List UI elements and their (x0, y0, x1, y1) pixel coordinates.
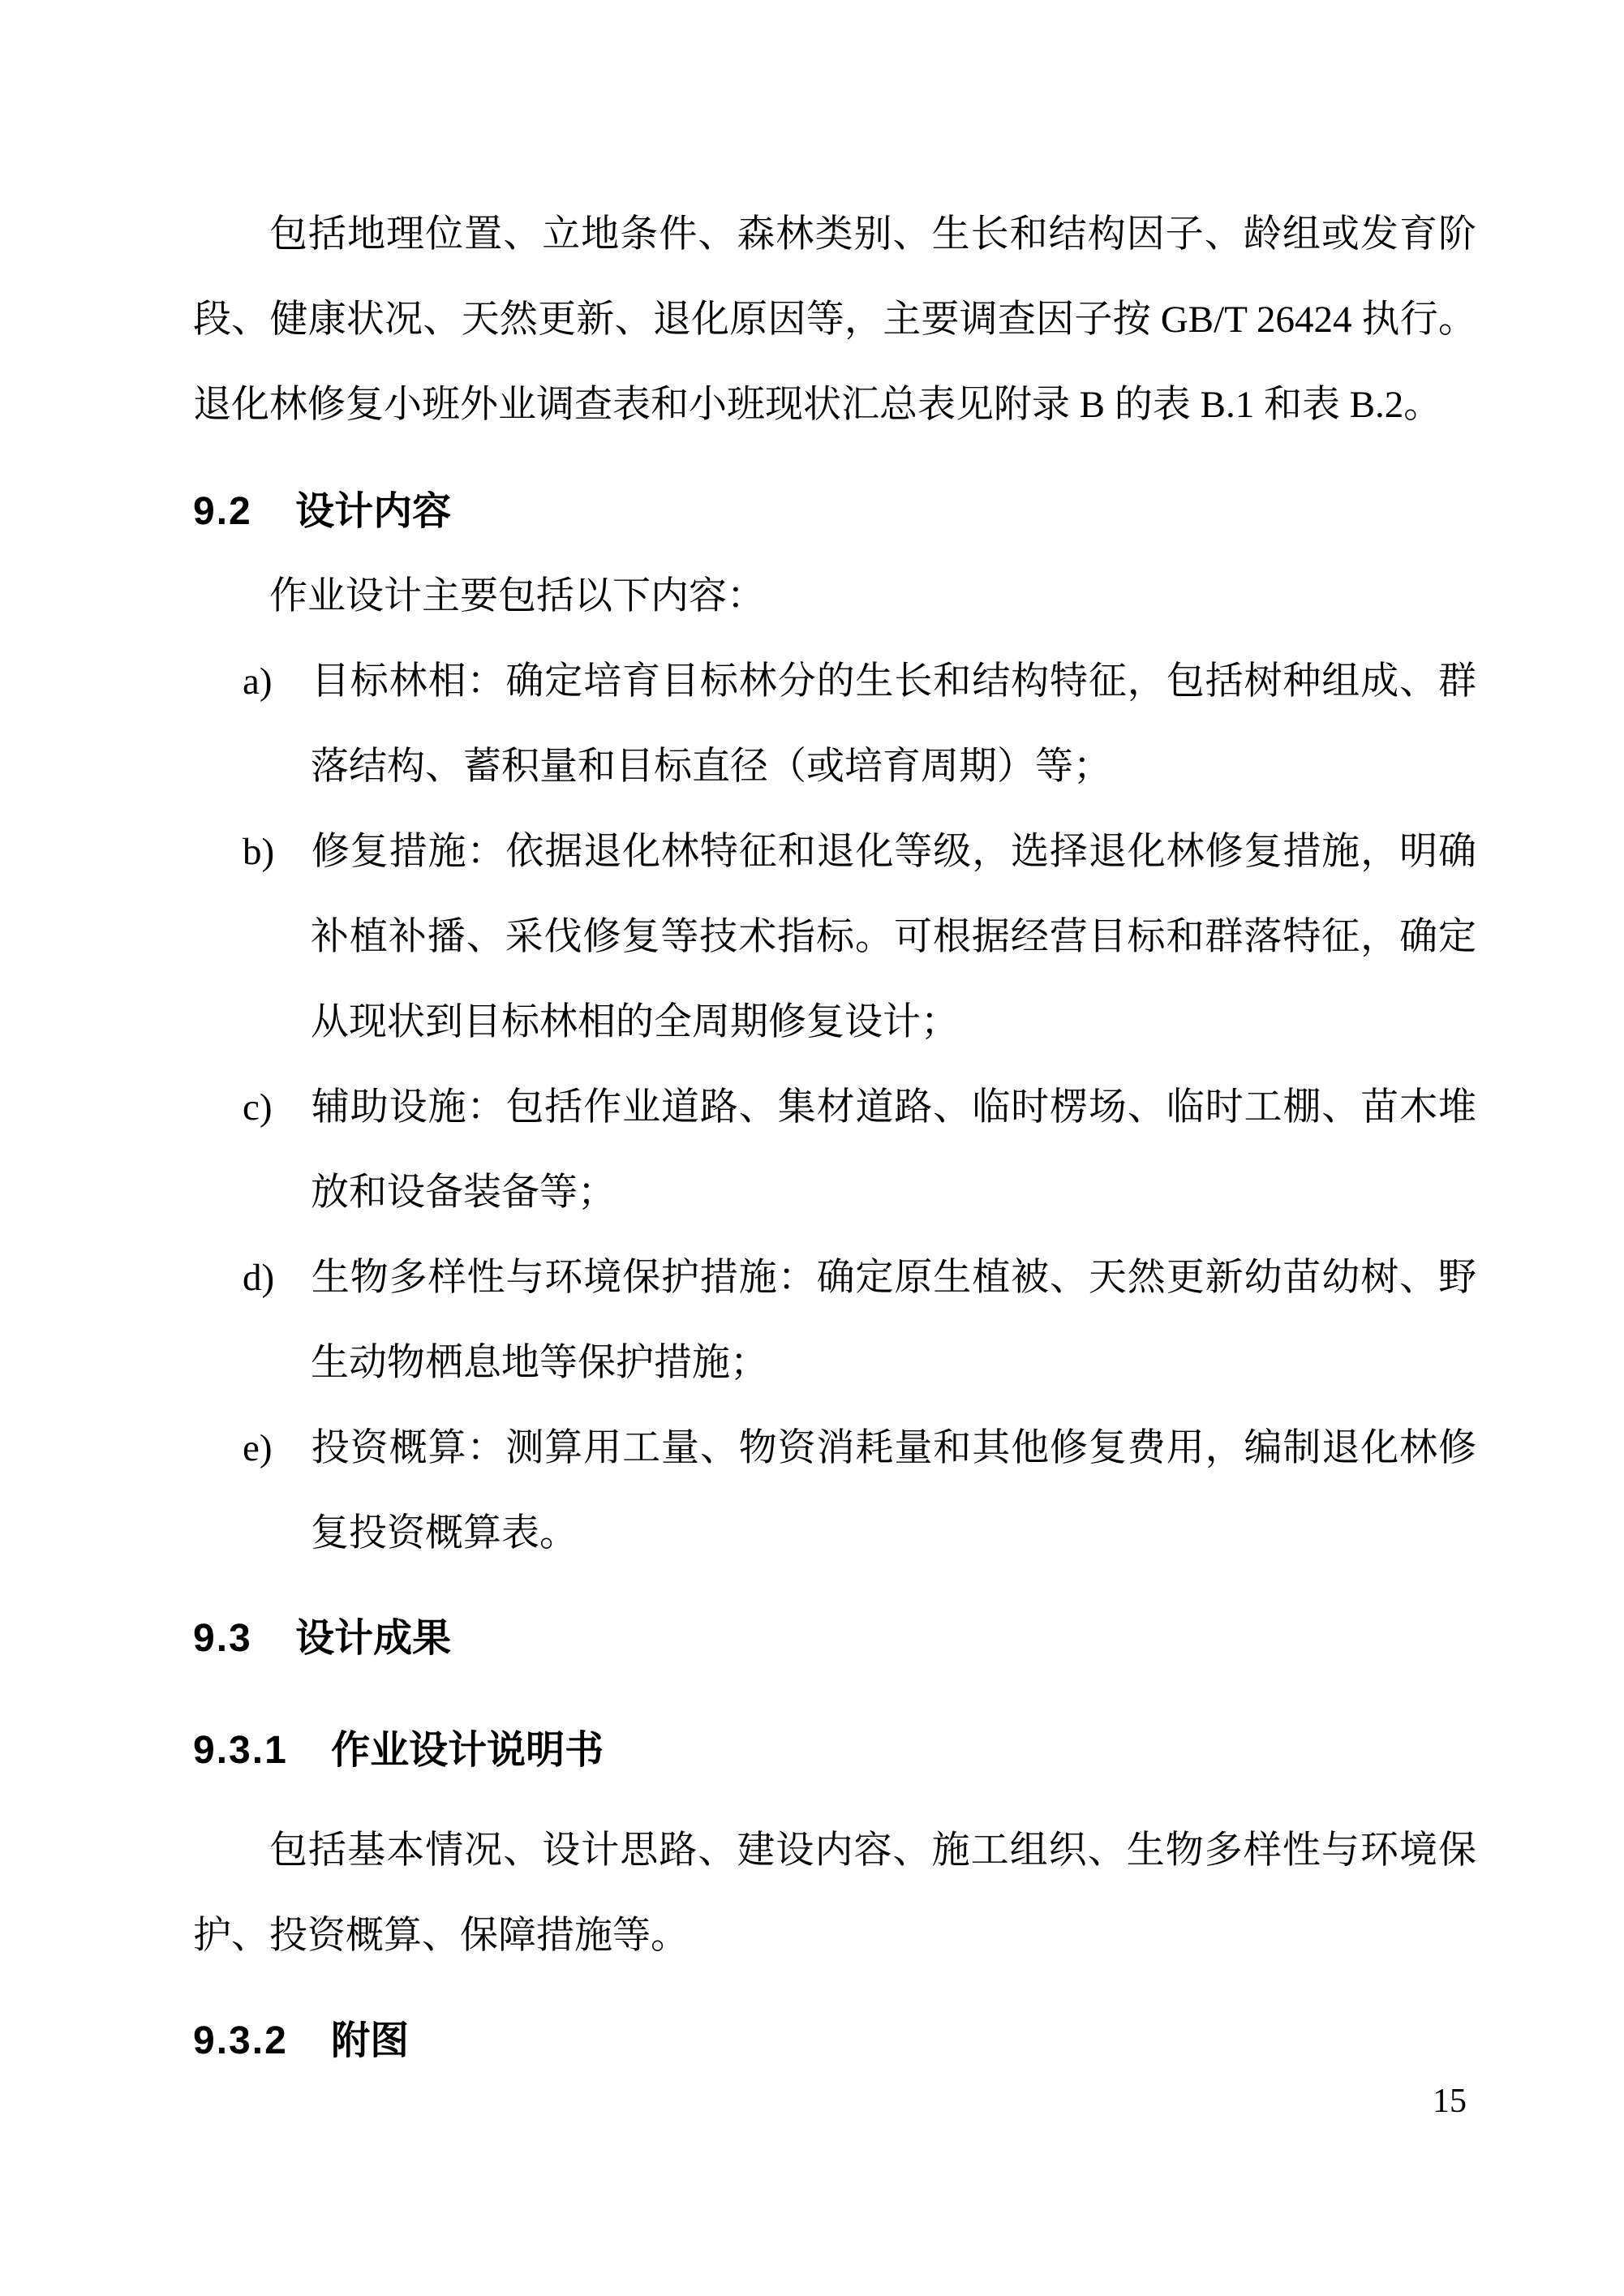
section-title: 附图 (331, 2019, 409, 2062)
section-number: 9.3 (193, 1596, 252, 1681)
list-item-a: a)目标林相：确定培育目标林分的生长和结构特征，包括树种组成、群落结构、蓄积量和… (193, 639, 1476, 810)
list-marker-c: c) (243, 1065, 311, 1150)
list-marker-d: d) (243, 1236, 311, 1321)
list-text-e: 投资概算：测算用工量、物资消耗量和其他修复费用，编制退化林修复投资概算表。 (311, 1427, 1476, 1554)
section-title: 作业设计说明书 (331, 1729, 604, 1772)
section-number: 9.3.2 (193, 1998, 288, 2083)
document-page: 包括地理位置、立地条件、森林类别、生长和结构因子、龄组或发育阶段、健康状况、天然… (0, 0, 1624, 2296)
section-heading-9-3-1: 9.3.1 作业设计说明书 (193, 1708, 1476, 1793)
list-item-e: e)投资概算：测算用工量、物资消耗量和其他修复费用，编制退化林修复投资概算表。 (193, 1406, 1476, 1576)
list-marker-b: b) (243, 810, 311, 895)
list-text-c: 辅助设施：包括作业道路、集材道路、临时楞场、临时工棚、苗木堆放和设备装备等； (311, 1086, 1476, 1214)
section-heading-9-3-2: 9.3.2 附图 (193, 1998, 1476, 2083)
list-text-d: 生物多样性与环境保护措施：确定原生植被、天然更新幼苗幼树、野生动物栖息地等保护措… (311, 1257, 1476, 1384)
list-item-b: b)修复措施：依据退化林特征和退化等级，选择退化林修复措施，明确补植补播、采伐修… (193, 810, 1476, 1065)
section-title: 设计成果 (295, 1617, 451, 1660)
section-number: 9.2 (193, 469, 252, 554)
list-text-a: 目标林相：确定培育目标林分的生长和结构特征，包括树种组成、群落结构、蓄积量和目标… (311, 660, 1476, 788)
list-item-d: d)生物多样性与环境保护措施：确定原生植被、天然更新幼苗幼树、野生动物栖息地等保… (193, 1236, 1476, 1406)
section-heading-9-2: 9.2 设计内容 (193, 469, 1476, 554)
list-marker-a: a) (243, 639, 311, 724)
section-title: 设计内容 (295, 490, 451, 533)
paragraph-design-document: 包括基本情况、设计思路、建设内容、施工组织、生物多样性与环境保护、投资概算、保障… (193, 1808, 1476, 1979)
list-marker-e: e) (243, 1406, 311, 1491)
section-heading-9-3: 9.3 设计成果 (193, 1596, 1476, 1681)
page-number: 15 (1433, 2077, 1467, 2126)
paragraph-survey-factors: 包括地理位置、立地条件、森林类别、生长和结构因子、龄组或发育阶段、健康状况、天然… (193, 192, 1476, 448)
design-content-list: a)目标林相：确定培育目标林分的生长和结构特征，包括树种组成、群落结构、蓄积量和… (193, 639, 1476, 1576)
list-item-c: c)辅助设施：包括作业道路、集材道路、临时楞场、临时工棚、苗木堆放和设备装备等； (193, 1065, 1476, 1236)
paragraph-design-intro: 作业设计主要包括以下内容： (193, 554, 1476, 639)
section-number: 9.3.1 (193, 1708, 288, 1793)
list-text-b: 修复措施：依据退化林特征和退化等级，选择退化林修复措施，明确补植补播、采伐修复等… (311, 831, 1476, 1043)
page-content: 包括地理位置、立地条件、森林类别、生长和结构因子、龄组或发育阶段、健康状况、天然… (193, 192, 1476, 2083)
